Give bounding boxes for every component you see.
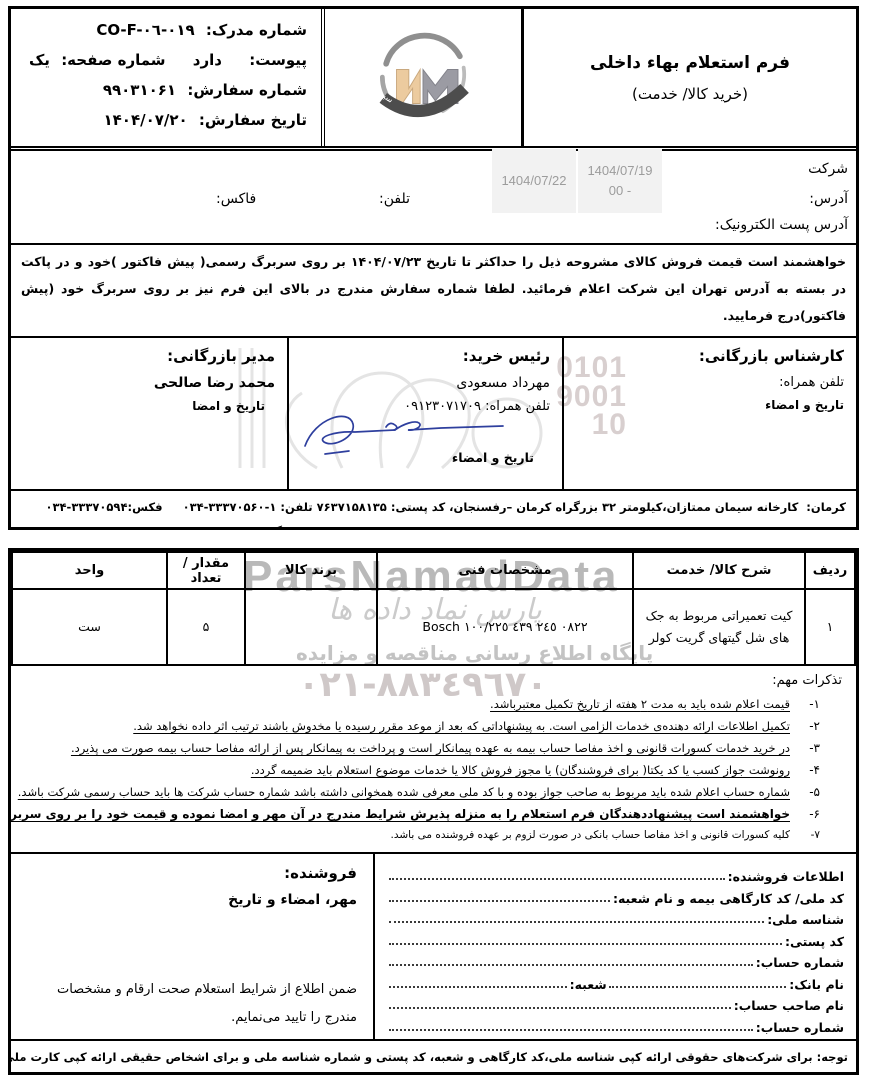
kerman-address-line: کرمان: کارخانه سیمان ممتازان،کیلومتر ۳۲ … (21, 500, 846, 514)
dotted-line (389, 964, 753, 966)
signature-scribble (291, 402, 551, 480)
purchase-head-sign-label: تاریخ و امضاء (452, 450, 534, 465)
items-table: ردیف شرح کالا/ خدمت مشخصات فنی برند کالا… (11, 551, 856, 666)
cell-row-no: ۱ (805, 589, 855, 665)
company-label: شرکت (808, 161, 848, 177)
phone-label: تلفن: (379, 191, 410, 207)
note-item-3: ۳- در خرید خدمات کسورات قانونی و اخذ مفا… (25, 741, 842, 755)
page-number-label: شماره صفحه: (61, 51, 165, 69)
dotted-line (389, 921, 764, 923)
overlay-date-left: 1404/07/22 (492, 149, 576, 213)
attachment-label: پیوست: (249, 51, 307, 69)
form-title: فرم استعلام بهاء داخلی (590, 53, 790, 73)
purchase-head-name: مهرداد مسعودی (301, 375, 550, 391)
form-title-cell: فرم استعلام بهاء داخلی (خرید کالا/ خدمت) (521, 9, 856, 146)
company-logo: سیمان ممتازان کرمان (321, 9, 521, 146)
fax-label: فاکس: (216, 191, 256, 207)
field-account-number-2: شماره حساب: (387, 1015, 844, 1035)
cell-description: کیت تعمیراتی مربوط به جک های شل گیتهای گ… (633, 589, 805, 665)
vendor-contact-band: شرکت آدرس: آدرس پست الکترونیک: تلفن: فاک… (11, 151, 856, 245)
doc-number-label: شماره مدرک: (206, 21, 307, 39)
seller-signature-box: فروشنده: مهر، امضاء و تاریخ ضمن اطلاع از… (11, 854, 373, 1039)
doc-number-line: شماره مدرک: CO-F-٠١٩-٠٦ (17, 21, 307, 39)
manager-name: محمد رضا صالحی (23, 375, 275, 391)
seller-confirmation-text: ضمن اطلاع از شرایط استعلام صحت ارقام و م… (27, 976, 357, 1031)
field-postal-code: کد پستی: (387, 929, 844, 949)
dotted-line (389, 1029, 753, 1031)
field-account-owner: نام صاحب حساب: (387, 993, 844, 1013)
cell-brand (245, 589, 377, 665)
note-item-6: ۶- خواهشمند است پیشنهاددهندگان فرم استعل… (25, 807, 842, 821)
order-date-line: تاریخ سفارش: ۱۴۰۴/۰۷/۲۰ (17, 111, 307, 129)
col-header-unit: واحد (12, 552, 167, 589)
email-label: آدرس پست الکترونیک: (715, 217, 848, 233)
tehran-phone: تلفن: ۲-۸۸۶۱۸۰۶۰-۰۲۱ (11, 525, 119, 527)
form-header-row: فرم استعلام بهاء داخلی (خرید کالا/ خدمت)… (11, 9, 856, 151)
field-national-id: شناسه ملی: (387, 907, 844, 927)
cell-specs: Bosch ٠٨٢٢ ٢٤٥ ٤٣٩ ١٠٠/٢٢٥ (377, 589, 633, 665)
address-label: آدرس: (809, 191, 848, 207)
doc-info-cell: شماره مدرک: CO-F-٠١٩-٠٦ پیوست: دارد شمار… (11, 9, 321, 146)
expert-mobile-label: تلفن همراه: (576, 375, 844, 390)
col-header-description: شرح کالا/ خدمت (633, 552, 805, 589)
signatories-band: کارشناس بازرگانی: تلفن همراه: تاریخ و ام… (11, 338, 856, 491)
order-date-value: ۱۴۰۴/۰۷/۲۰ (103, 111, 187, 129)
col-header-qty: مقدار / تعداد (167, 552, 245, 589)
order-number-value: ۹۹۰۳۱۰۶۱ (103, 81, 176, 99)
dotted-line (389, 943, 782, 945)
form-subtitle: (خرید کالا/ خدمت) (632, 85, 748, 103)
field-seller-info: اطلاعات فروشنده: (387, 864, 844, 884)
expert-sign-label: تاریخ و امضاء (576, 398, 844, 412)
attachment-value: دارد (193, 51, 222, 69)
dotted-line (389, 900, 610, 902)
purchase-head-title: رئیس خرید: (301, 347, 550, 365)
doc-number-value: CO-F-٠١٩-٠٦ (96, 21, 194, 39)
note-item-5: ۵- شماره حساب اعلام شده باید مربوط به صا… (25, 785, 842, 799)
attachment-line: پیوست: دارد شماره صفحه: یک (17, 51, 307, 69)
kerman-phone: تلفن: ۱-۳۳۳۷۰۵۶۰-۰۳۴ (183, 500, 313, 514)
order-date-label: تاریخ سفارش: (199, 111, 307, 129)
field-bank-name: نام بانک: شعبه: (387, 972, 844, 992)
table-row: ۱ کیت تعمیراتی مربوط به جک های شل گیتهای… (12, 589, 855, 665)
field-account-number: شماره حساب: (387, 950, 844, 970)
notes-heading: تذکرات مهم: (25, 673, 842, 688)
overlay-date-right: 1404/07/19 00 - (578, 149, 662, 213)
form-upper-block: فرم استعلام بهاء داخلی (خرید کالا/ خدمت)… (8, 6, 859, 530)
company-logo-icon: سیمان ممتازان کرمان (371, 20, 475, 136)
kerman-fax: فکس:۳۳۳۷۰۵۹۴-۰۳۴ (45, 500, 162, 514)
order-number-line: شماره سفارش: ۹۹۰۳۱۰۶۱ (17, 81, 307, 99)
dotted-line (389, 878, 725, 880)
field-national-code: کد ملی/ کد کارگاهی بیمه و نام شعبه: (387, 886, 844, 906)
dotted-line (389, 1007, 731, 1009)
dotted-line (389, 986, 567, 988)
kerman-label: کرمان: (806, 500, 846, 514)
manager-sign-label: تاریخ و امضا (23, 399, 265, 413)
svg-text:سیمان ممتازان کرمان: سیمان ممتازان کرمان (371, 20, 395, 106)
items-table-header-row: ردیف شرح کالا/ خدمت مشخصات فنی برند کالا… (12, 552, 855, 589)
note-item-7: ۷- کلیه کسورات قانونی و اخذ مفاصا حساب ب… (25, 829, 842, 841)
seller-stamp-line: مهر، امضاء و تاریخ (27, 892, 357, 908)
tehran-address: اتوبان همت (شرق)، خیابان شیراز جنوبی، کو… (123, 525, 801, 527)
commercial-manager-cell: مدیر بازرگانی: محمد رضا صالحی تاریخ و ام… (11, 338, 287, 489)
col-header-specs: مشخصات فنی (377, 552, 633, 589)
footer-attention-note: توجه: برای شرکت‌های حقوقی ارائه کپی شناس… (11, 1039, 856, 1072)
commercial-expert-cell: کارشناس بازرگانی: تلفن همراه: تاریخ و ام… (564, 338, 856, 489)
tehran-label: تهران: (809, 525, 846, 527)
price-inquiry-form-page: 0101 9001 10 ParsNamadData پارس نماد داد… (0, 0, 869, 1083)
company-addresses: کرمان: کارخانه سیمان ممتازان،کیلومتر ۳۲ … (11, 491, 856, 527)
request-paragraph: خواهشمند است قیمت فروش کالای مشروحه ذیل … (11, 245, 856, 338)
kerman-address: کارخانه سیمان ممتازان،کیلومتر ۳۲ بزرگراه… (317, 500, 799, 514)
cell-qty: ۵ (167, 589, 245, 665)
note-item-1: ۱- قیمت اعلام شده باید به مدت ۲ هفته از … (25, 697, 842, 711)
seller-info-fields: اطلاعات فروشنده: کد ملی/ کد کارگاهی بیمه… (373, 854, 856, 1039)
note-item-2: ۲- تکمیل اطلاعات ارائه دهنده‌ی خدمات الز… (25, 719, 842, 733)
col-header-brand: برند کالا (245, 552, 377, 589)
manager-title: مدیر بازرگانی: (23, 347, 275, 365)
form-lower-block: ردیف شرح کالا/ خدمت مشخصات فنی برند کالا… (8, 548, 859, 1075)
expert-title: کارشناس بازرگانی: (576, 347, 844, 365)
seller-section: اطلاعات فروشنده: کد ملی/ کد کارگاهی بیمه… (11, 852, 856, 1039)
seller-title: فروشنده: (27, 864, 357, 882)
order-number-label: شماره سفارش: (187, 81, 307, 99)
cell-unit: ست (12, 589, 167, 665)
page-number-value: یک (29, 51, 50, 69)
tehran-address-line: تهران: اتوبان همت (شرق)، خیابان شیراز جن… (21, 525, 846, 527)
purchase-head-cell: رئیس خرید: مهرداد مسعودی تلفن همراه: ۰۹۱… (287, 338, 564, 489)
col-header-row-no: ردیف (805, 552, 855, 589)
note-item-4: ۴- رونوشت جواز کسب یا کد یکتا( برای فروش… (25, 763, 842, 777)
dotted-line (609, 986, 787, 988)
important-notes: تذکرات مهم: ۱- قیمت اعلام شده باید به مد… (11, 666, 856, 852)
